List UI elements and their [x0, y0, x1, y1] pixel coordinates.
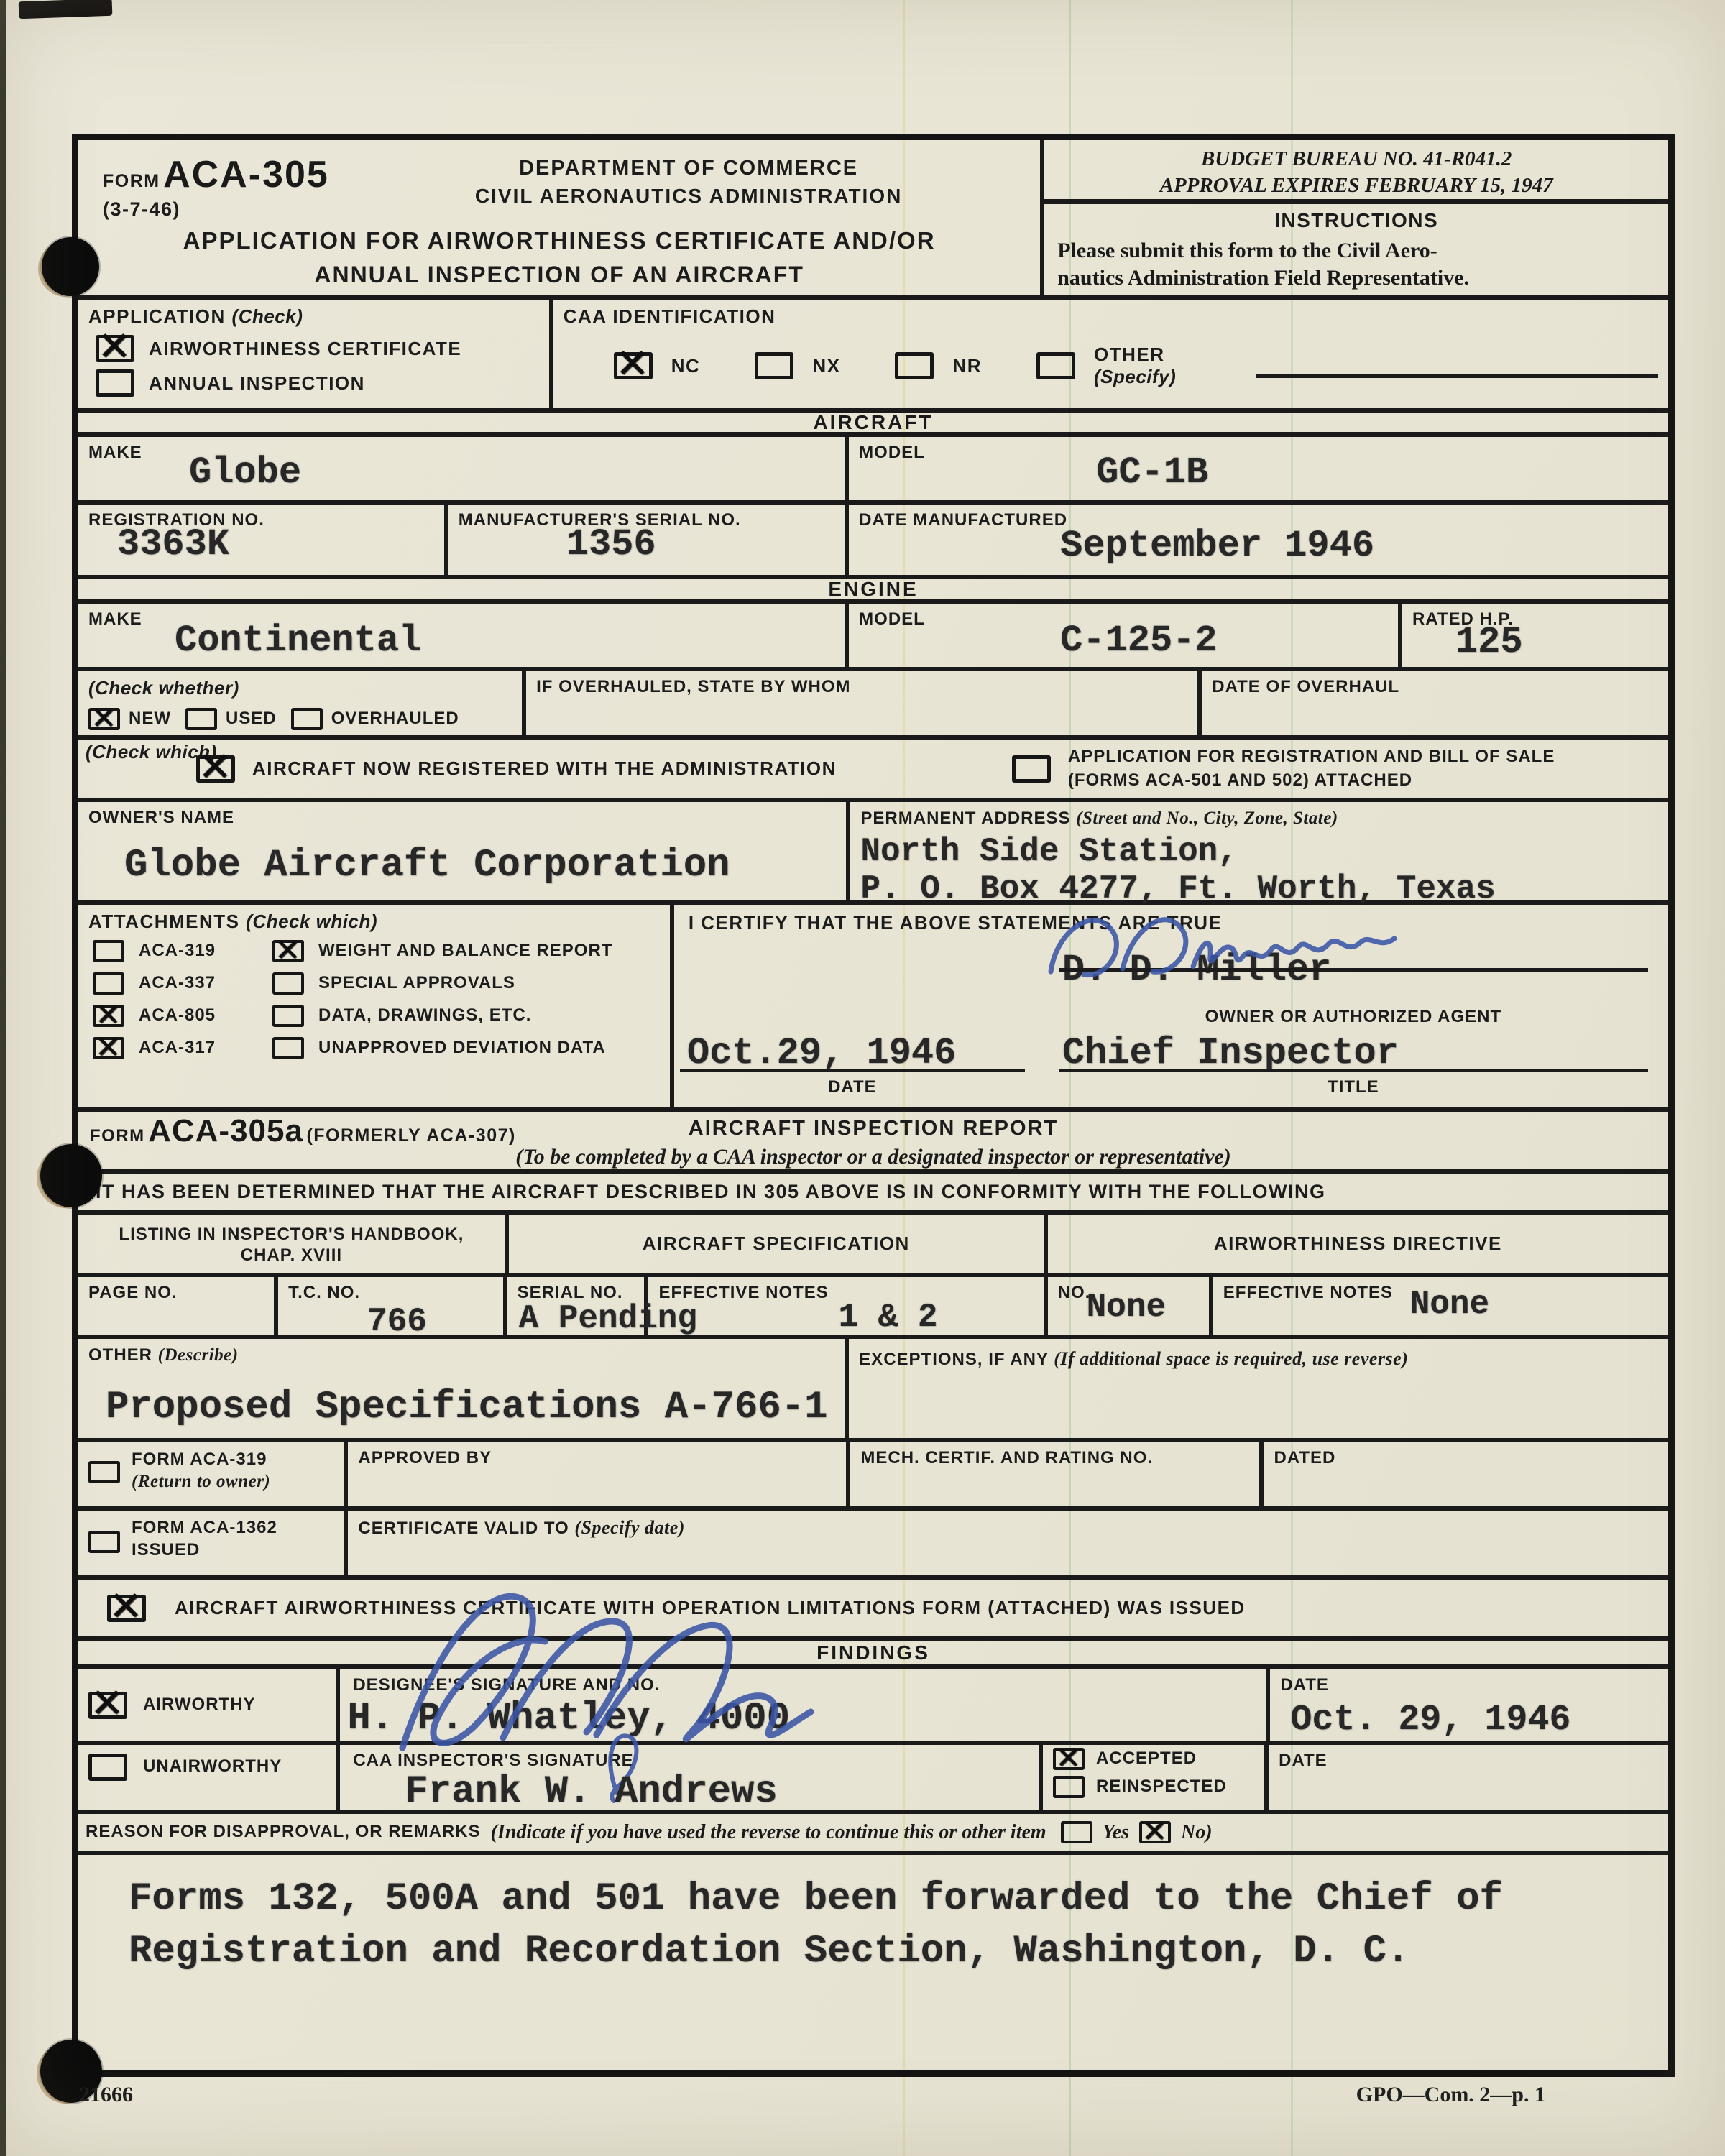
accepted-label: ACCEPTED	[1096, 1749, 1197, 1769]
directive-no-cell: NO. None	[1044, 1277, 1209, 1335]
aircraft-make-cell: MAKE Globe	[78, 437, 845, 500]
scan-edge-artifact	[0, 0, 6, 2156]
scan-corner-blot	[19, 0, 113, 19]
bill-of-sale-line2: (FORMS ACA-501 AND 502) ATTACHED	[1068, 769, 1555, 792]
directive-notes-value: None	[1410, 1286, 1658, 1324]
report-serial-value: A Pending	[519, 1301, 635, 1338]
caa-identification-cell: CAA IDENTIFICATION NC NX NR OTHER (Speci…	[549, 300, 1668, 408]
remarks-line2: Registration and Recordation Section, Wa…	[129, 1926, 1503, 1978]
attachment-item: WEIGHT AND BALANCE REPORT	[272, 940, 660, 962]
form-id-block: FORM ACA-305 (3-7-46)	[103, 153, 347, 221]
caa-identification-label: CAA IDENTIFICATION	[563, 305, 1658, 328]
engine-used-label: USED	[226, 709, 277, 729]
engine-condition-row: (Check whether) NEW USED OVERHAULED IF O…	[78, 671, 1668, 740]
tc-no-value: 766	[367, 1304, 493, 1341]
attachments-certify-row: ATTACHMENTS (Check which) ACA-319 WEIGHT…	[78, 905, 1668, 1112]
report-table-values-row: PAGE NO. T.C. NO. 766 SERIAL NO. A Pendi…	[78, 1277, 1668, 1339]
form-title-line2: ANNUAL INSPECTION OF AN AIRCRAFT	[88, 261, 1030, 288]
budget-line2: APPROVAL EXPIRES FEBRUARY 15, 1947	[1044, 174, 1668, 198]
checkbox-nc[interactable]	[614, 352, 653, 379]
checkbox-engine-overhauled[interactable]	[291, 708, 323, 730]
other-label: OTHER	[1094, 344, 1165, 365]
checkbox-annual-inspection[interactable]	[96, 369, 134, 397]
certify-date-label: DATE	[680, 1077, 1025, 1098]
owner-name-value: Globe Aircraft Corporation	[124, 844, 836, 888]
findings-date-cell: DATE Oct. 29, 1946	[1266, 1669, 1668, 1741]
owner-address-hint: (Street and No., City, Zone, State)	[1076, 808, 1338, 828]
form-aca-319-label: FORM ACA-319	[132, 1448, 270, 1470]
mech-certif-label: MECH. CERTIF. AND RATING NO.	[860, 1448, 1249, 1469]
aca-317-label: ACA-317	[139, 1038, 216, 1059]
form-title-line1: APPLICATION FOR AIRWORTHINESS CERTIFICAT…	[88, 226, 1030, 255]
attachment-item: DATA, DRAWINGS, ETC.	[272, 1005, 660, 1027]
directive-header-label: AIRWORTHINESS DIRECTIVE	[1214, 1233, 1502, 1255]
checkbox-accepted[interactable]	[1053, 1748, 1085, 1770]
remarks-body: Forms 132, 500A and 501 have been forwar…	[78, 1855, 1668, 2070]
form-aca-305: FORM ACA-305 (3-7-46) DEPARTMENT OF COMM…	[72, 134, 1675, 2077]
airworthy-cell: AIRWORTHY	[78, 1669, 336, 1741]
checkbox-form-aca-1362[interactable]	[88, 1531, 120, 1553]
reinspected-label: REINSPECTED	[1096, 1777, 1227, 1797]
department-block: DEPARTMENT OF COMMERCE CIVIL AERONAUTICS…	[347, 153, 1030, 221]
checkbox-data-drawings[interactable]	[272, 1005, 304, 1027]
dept-line1: DEPARTMENT OF COMMERCE	[347, 156, 1030, 181]
nr-label: NR	[952, 355, 982, 377]
owner-name-label: OWNER'S NAME	[88, 808, 836, 829]
data-drawings-label: DATA, DRAWINGS, ETC.	[318, 1005, 531, 1026]
certificate-valid-hint: (Specify date)	[574, 1517, 685, 1538]
engine-section-label: ENGINE	[828, 578, 918, 601]
report-table-header-row: LISTING IN INSPECTOR'S HANDBOOK, CHAP. X…	[78, 1215, 1668, 1277]
airworthy-row: AIRWORTHY DESIGNEE'S SIGNATURE AND NO. H…	[78, 1669, 1668, 1745]
caa-date-cell: DATE	[1264, 1745, 1668, 1810]
footer-serial: 21666	[79, 2083, 133, 2107]
reverse-no-label: No)	[1181, 1821, 1213, 1844]
certification-cell: I CERTIFY THAT THE ABOVE STATEMENTS ARE …	[670, 905, 1668, 1107]
nx-label: NX	[812, 355, 840, 377]
registration-value: 3363K	[117, 524, 434, 566]
header-row: FORM ACA-305 (3-7-46) DEPARTMENT OF COMM…	[78, 140, 1668, 300]
engine-make-cell: MAKE Continental	[78, 604, 845, 667]
form-word: FORM	[103, 171, 160, 191]
form-date: (3-7-46)	[103, 198, 347, 221]
checkbox-airworthiness-certificate[interactable]	[96, 335, 134, 362]
application-cell: APPLICATION (Check) AIRWORTHINESS CERTIF…	[78, 300, 549, 408]
registration-status-cell: (Check which) AIRCRAFT NOW REGISTERED WI…	[78, 740, 1668, 798]
report-formerly: (FORMERLY ACA-307)	[306, 1125, 515, 1146]
conformity-row: IT HAS BEEN DETERMINED THAT THE AIRCRAFT…	[78, 1174, 1668, 1215]
checkbox-bill-of-sale[interactable]	[1012, 755, 1051, 783]
remarks-line1: Forms 132, 500A and 501 have been forwar…	[129, 1874, 1503, 1926]
checkbox-aca-337[interactable]	[93, 972, 124, 995]
attachment-item: SPECIAL APPROVALS	[272, 972, 660, 995]
airworthy-label: AIRWORTHY	[143, 1695, 256, 1715]
attachment-item: ACA-317	[93, 1037, 272, 1059]
remarks-label: REASON FOR DISAPPROVAL, OR REMARKS	[86, 1822, 481, 1843]
directive-no-value: None	[1087, 1289, 1199, 1327]
dept-line2: CIVIL AERONAUTICS ADMINISTRATION	[347, 184, 1030, 208]
footer-gpo: GPO—Com. 2—p. 1	[1356, 2083, 1545, 2107]
engine-overhauled-label: OVERHAULED	[331, 709, 459, 729]
checkbox-registered[interactable]	[196, 755, 235, 783]
accepted-cell: ACCEPTED REINSPECTED	[1039, 1745, 1264, 1810]
application-hint: (Check)	[232, 305, 303, 327]
scanned-form-page: FORM ACA-305 (3-7-46) DEPARTMENT OF COMM…	[0, 0, 1725, 2156]
report-form-id: FORM ACA-305a (FORMERLY ACA-307)	[90, 1113, 516, 1149]
unairworthy-row: UNAIRWORTHY CAA INSPECTOR'S SIGNATURE Fr…	[78, 1745, 1668, 1814]
exceptions-cell: EXCEPTIONS, IF ANY (If additional space …	[845, 1339, 1668, 1438]
check-whether-label: (Check whether)	[88, 677, 512, 699]
aca-319-label: ACA-319	[139, 941, 216, 962]
certificate-valid-label: CERTIFICATE VALID TO	[358, 1519, 569, 1538]
findings-date-label: DATE	[1280, 1675, 1658, 1696]
mech-certif-cell: MECH. CERTIF. AND RATING NO.	[846, 1442, 1259, 1506]
attachment-item: ACA-319	[93, 940, 272, 962]
spec-header-label: AIRCRAFT SPECIFICATION	[643, 1233, 910, 1255]
annual-inspection-label: ANNUAL INSPECTION	[149, 372, 365, 395]
instructions-text: Please submit this form to the Civil Aer…	[1057, 237, 1655, 291]
signature-line[interactable]	[1059, 968, 1648, 972]
attachment-item: ACA-337	[93, 972, 272, 995]
form-aca-1362-label: FORM ACA-1362	[132, 1516, 277, 1539]
engine-model-cell: MODEL C-125-2	[845, 604, 1398, 667]
checkbox-engine-new[interactable]	[88, 708, 120, 730]
registration-cell: REGISTRATION NO. 3363K	[78, 505, 444, 575]
aca319-cell: FORM ACA-319 (Return to owner)	[78, 1442, 344, 1506]
report-form-number: ACA-305a	[148, 1113, 303, 1148]
aircraft-make-value: Globe	[189, 452, 834, 494]
unairworthy-cell: UNAIRWORTHY	[78, 1745, 336, 1810]
report-title: AIRCRAFT INSPECTION REPORT	[635, 1116, 1112, 1141]
tc-no-cell: T.C. NO. 766	[274, 1277, 503, 1335]
engine-hp-cell: RATED H.P. 125	[1398, 604, 1668, 667]
instructions-box: INSTRUCTIONS Please submit this form to …	[1044, 204, 1668, 295]
form-aca-1362-issued: ISSUED	[132, 1539, 277, 1561]
aircraft-model-cell: MODEL GC-1B	[845, 437, 1668, 500]
checkbox-reverse-yes[interactable]	[1061, 1821, 1092, 1843]
attachments-hint: (Check which)	[246, 911, 377, 932]
agent-label: OWNER OR AUTHORIZED AGENT	[1059, 1007, 1648, 1028]
header-right: BUDGET BUREAU NO. 41-R041.2 APPROVAL EXP…	[1040, 140, 1668, 295]
aircraft-section-band: AIRCRAFT	[78, 413, 1668, 437]
approved-by-cell: APPROVED BY	[344, 1442, 846, 1506]
unapproved-deviation-label: UNAPPROVED DEVIATION DATA	[318, 1038, 606, 1059]
overhaul-date-cell: DATE OF OVERHAUL	[1197, 671, 1668, 735]
header-left: FORM ACA-305 (3-7-46) DEPARTMENT OF COMM…	[78, 140, 1040, 295]
date-line[interactable]	[680, 1069, 1025, 1072]
aircraft-detail-row: REGISTRATION NO. 3363K MANUFACTURER'S SE…	[78, 505, 1668, 579]
engine-make-value: Continental	[175, 620, 834, 662]
registration-status-row: (Check which) AIRCRAFT NOW REGISTERED WI…	[78, 740, 1668, 802]
page-no-label: PAGE NO.	[88, 1283, 264, 1304]
caa-inspector-label: CAA INSPECTOR'S SIGNATURE	[353, 1751, 1029, 1772]
owner-address-line2: P. O. Box 4277, Ft. Worth, Texas	[860, 871, 1658, 908]
owner-address-line1: North Side Station,	[860, 834, 1658, 871]
punch-hole-top	[42, 237, 99, 296]
form-title: APPLICATION FOR AIRWORTHINESS CERTIFICAT…	[88, 226, 1030, 288]
checkbox-unairworthy[interactable]	[88, 1754, 127, 1781]
other-describe-cell: OTHER (Describe) Proposed Specifications…	[78, 1339, 845, 1438]
weight-balance-label: WEIGHT AND BALANCE REPORT	[318, 941, 612, 962]
attachments-cell: ATTACHMENTS (Check which) ACA-319 WEIGHT…	[78, 905, 670, 1107]
aca1362-cell: FORM ACA-1362 ISSUED	[78, 1511, 344, 1575]
attachment-item: UNAPPROVED DEVIATION DATA	[272, 1037, 660, 1059]
serial-cell: MANUFACTURER'S SERIAL NO. 1356	[444, 505, 845, 575]
instructions-line2: nautics Administration Field Representat…	[1057, 264, 1655, 292]
engine-hp-value: 125	[1455, 622, 1658, 663]
designee-signature-cell: DESIGNEE'S SIGNATURE AND NO. H. P. Whatl…	[336, 1669, 1266, 1741]
checkbox-other[interactable]	[1036, 352, 1075, 379]
handbook-header-cell: LISTING IN INSPECTOR'S HANDBOOK, CHAP. X…	[78, 1215, 505, 1273]
report-header-row: FORM ACA-305a (FORMERLY ACA-307) AIRCRAF…	[78, 1112, 1668, 1174]
checkbox-special-approvals[interactable]	[272, 972, 304, 995]
checkbox-weight-balance[interactable]	[272, 940, 304, 962]
checkbox-certificate-issued[interactable]	[107, 1595, 146, 1622]
other-hint: (Specify)	[1094, 366, 1176, 387]
other-specify-line[interactable]	[1256, 354, 1658, 378]
directive-header-cell: AIRWORTHINESS DIRECTIVE	[1044, 1215, 1668, 1273]
exceptions-hint: (If additional space is required, use re…	[1054, 1348, 1408, 1369]
date-manufactured-value: September 1946	[1060, 525, 1658, 567]
instructions-title: INSTRUCTIONS	[1057, 208, 1655, 233]
checkbox-reverse-no[interactable]	[1139, 1821, 1171, 1843]
instructions-line1: Please submit this form to the Civil Aer…	[1057, 237, 1655, 264]
aca-805-label: ACA-805	[139, 1005, 216, 1026]
checkbox-form-aca-319[interactable]	[88, 1461, 120, 1483]
certificate-issued-row: AIRCRAFT AIRWORTHINESS CERTIFICATE WITH …	[78, 1580, 1668, 1641]
aircraft-make-model-row: MAKE Globe MODEL GC-1B	[78, 437, 1668, 505]
effective-notes-value: 1 & 2	[838, 1299, 1033, 1337]
checkbox-nr[interactable]	[895, 352, 934, 379]
page-no-cell: PAGE NO.	[78, 1277, 274, 1335]
checkbox-aca-317[interactable]	[93, 1037, 124, 1059]
report-subtitle: (To be completed by a CAA inspector or a…	[78, 1145, 1668, 1169]
other-describe-hint: (Describe)	[158, 1345, 239, 1365]
checkbox-engine-used[interactable]	[185, 708, 217, 730]
engine-section-band: ENGINE	[78, 579, 1668, 604]
certificate-issued-label: AIRCRAFT AIRWORTHINESS CERTIFICATE WITH …	[175, 1597, 1246, 1619]
exceptions-label: EXCEPTIONS, IF ANY	[859, 1350, 1048, 1369]
owner-row: OWNER'S NAME Globe Aircraft Corporation …	[78, 802, 1668, 905]
other-describe-label: OTHER	[88, 1345, 152, 1365]
certify-statement: I CERTIFY THAT THE ABOVE STATEMENTS ARE …	[689, 912, 1658, 934]
unairworthy-label: UNAIRWORTHY	[143, 1756, 282, 1804]
nc-label: NC	[671, 355, 701, 377]
attachment-item: ACA-805	[93, 1005, 272, 1027]
caa-inspector-typed: Frank W. Andrews	[405, 1771, 777, 1814]
remarks-label-row: REASON FOR DISAPPROVAL, OR REMARKS (Indi…	[78, 1814, 1668, 1855]
handbook-line1: LISTING IN INSPECTOR'S HANDBOOK,	[88, 1225, 494, 1245]
designee-signature-label: DESIGNEE'S SIGNATURE AND NO.	[353, 1675, 1256, 1696]
reverse-yes-label: Yes	[1103, 1821, 1129, 1844]
checkbox-aca-319[interactable]	[93, 940, 124, 962]
budget-box: BUDGET BUREAU NO. 41-R041.2 APPROVAL EXP…	[1044, 140, 1668, 204]
checkbox-airworthy[interactable]	[88, 1692, 127, 1719]
dated-cell: DATED	[1259, 1442, 1668, 1506]
designee-signature-typed: H. P. Whatley, 4000	[347, 1697, 790, 1741]
page-footer: 21666 GPO—Com. 2—p. 1	[79, 2083, 1545, 2107]
aircraft-section-label: AIRCRAFT	[813, 411, 933, 434]
airworthiness-certificate-label: AIRWORTHINESS CERTIFICATE	[149, 338, 461, 360]
tc-no-label: T.C. NO.	[288, 1283, 493, 1304]
overhaul-date-label: DATE OF OVERHAUL	[1212, 677, 1658, 698]
handbook-line2: CHAP. XVIII	[88, 1245, 494, 1266]
report-form-word: FORM	[90, 1126, 145, 1146]
owner-name-cell: OWNER'S NAME Globe Aircraft Corporation	[78, 802, 846, 900]
findings-date-value: Oct. 29, 1946	[1290, 1700, 1658, 1741]
form-number: ACA-305	[163, 154, 329, 195]
date-manufactured-cell: DATE MANUFACTURED September 1946	[845, 505, 1668, 575]
other-describe-value: Proposed Specifications A-766-1	[106, 1386, 834, 1429]
approved-by-label: APPROVED BY	[358, 1448, 836, 1469]
certify-title-label: TITLE	[1059, 1077, 1648, 1098]
checkbox-unapproved-deviation[interactable]	[272, 1037, 304, 1059]
spec-header-cell: AIRCRAFT SPECIFICATION	[505, 1215, 1044, 1273]
checkbox-reinspected[interactable]	[1053, 1776, 1085, 1798]
aca319-approval-row: FORM ACA-319 (Return to owner) APPROVED …	[78, 1442, 1668, 1511]
aca1362-row: FORM ACA-1362 ISSUED CERTIFICATE VALID T…	[78, 1511, 1668, 1580]
overhauled-by-label: IF OVERHAULED, STATE BY WHOM	[536, 677, 1187, 698]
other-exceptions-row: OTHER (Describe) Proposed Specifications…	[78, 1339, 1668, 1442]
findings-band: FINDINGS	[78, 1641, 1668, 1669]
application-row: APPLICATION (Check) AIRWORTHINESS CERTIF…	[78, 300, 1668, 413]
findings-section-label: FINDINGS	[816, 1641, 930, 1664]
effective-notes-cell: EFFECTIVE NOTES 1 & 2	[644, 1277, 1043, 1335]
directive-notes-cell: EFFECTIVE NOTES None	[1209, 1277, 1668, 1335]
conformity-statement: IT HAS BEEN DETERMINED THAT THE AIRCRAFT…	[96, 1180, 1326, 1203]
overhauled-by-cell: IF OVERHAULED, STATE BY WHOM	[522, 671, 1197, 735]
budget-line1: BUDGET BUREAU NO. 41-R041.2	[1044, 147, 1668, 171]
caa-date-label: DATE	[1279, 1751, 1658, 1772]
checkbox-nx[interactable]	[755, 352, 793, 379]
owner-address-label: PERMANENT ADDRESS	[860, 808, 1070, 828]
form-aca-319-hint: (Return to owner)	[132, 1470, 270, 1494]
bill-of-sale-line1: APPLICATION FOR REGISTRATION AND BILL OF…	[1068, 745, 1555, 768]
special-approvals-label: SPECIAL APPROVALS	[318, 973, 515, 994]
aircraft-model-value: GC-1B	[1096, 452, 1658, 494]
checkbox-aca-805[interactable]	[93, 1005, 124, 1027]
remarks-hint: (Indicate if you have used the reverse t…	[491, 1821, 1046, 1844]
punch-hole-middle	[40, 1144, 102, 1207]
engine-model-value: C-125-2	[1060, 620, 1388, 662]
engine-new-label: NEW	[129, 709, 171, 729]
title-line[interactable]	[1059, 1069, 1648, 1072]
registered-label: AIRCRAFT NOW REGISTERED WITH THE ADMINIS…	[252, 757, 837, 780]
owner-address-cell: PERMANENT ADDRESS (Street and No., City,…	[846, 802, 1668, 900]
caa-inspector-cell: CAA INSPECTOR'S SIGNATURE Frank W. Andre…	[336, 1745, 1039, 1810]
report-serial-cell: SERIAL NO. A Pending	[503, 1277, 645, 1335]
certificate-valid-cell: CERTIFICATE VALID TO (Specify date)	[344, 1511, 1668, 1575]
dated-label: DATED	[1274, 1448, 1658, 1469]
check-whether-cell: (Check whether) NEW USED OVERHAULED	[78, 671, 522, 735]
aca-337-label: ACA-337	[139, 973, 216, 994]
attachments-label: ATTACHMENTS	[88, 911, 240, 932]
engine-make-model-row: MAKE Continental MODEL C-125-2 RATED H.P…	[78, 604, 1668, 671]
